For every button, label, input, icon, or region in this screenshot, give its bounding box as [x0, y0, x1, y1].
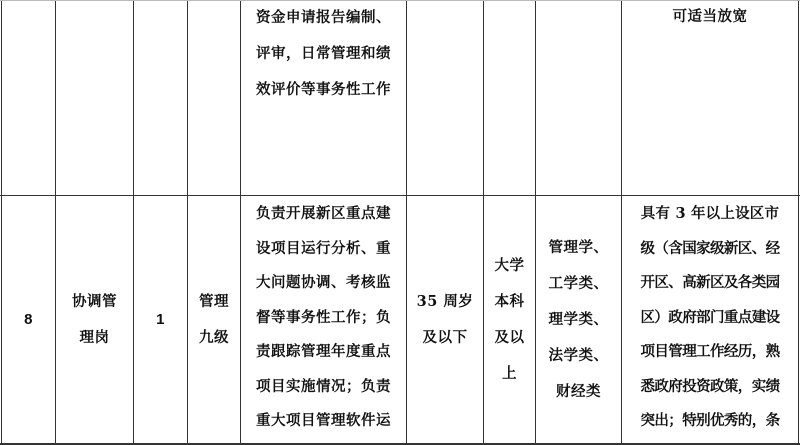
grade-line: 九级 [199, 320, 229, 356]
education-line: 本科 [495, 284, 525, 320]
major-line: 管理学、 [549, 230, 609, 266]
requirements-line: 区）政府部门重点建设 [641, 301, 780, 336]
major-line: 财经类 [556, 374, 601, 410]
table-row-2-grade: 管理 九级 [188, 196, 240, 443]
requirements-line: 具有 3 年以上设区市 [641, 197, 779, 232]
table-row-1-requirements: 可适当放宽 [622, 0, 798, 195]
education-line: 上 [502, 356, 517, 392]
table-row-2-requirements: 具有 3 年以上设区市 级（含国家级新区、经 开区、高新区及各类园 区）政府部门… [622, 196, 798, 443]
duties-line: 责跟踪管理年度重点 [256, 335, 391, 370]
major-line: 法学类、 [549, 338, 609, 374]
duties-line: 大问题协调、考核监 [256, 266, 391, 301]
duties-line: 评审，日常管理和绩 [256, 36, 391, 72]
table-row-2-position-name: 协调管 理岗 [56, 196, 133, 443]
requirements-line: 项目管理工作经历，熟 [641, 335, 780, 370]
requirements-line: 开区、高新区及各类园 [641, 266, 780, 301]
requirements-line: 突出；特别优秀的，条 [641, 404, 780, 439]
table-row-2-index: 8 [2, 196, 55, 443]
table-row-2-headcount: 1 [134, 196, 187, 443]
requirements-line: 级（含国家级新区、经 [641, 232, 780, 267]
major-line: 理学类、 [549, 302, 609, 338]
duties-line: 负责开展新区重点建 [256, 197, 391, 232]
requirements-line: 可适当放宽 [673, 0, 748, 34]
duties-line: 督等事务性工作；负 [256, 301, 391, 336]
position-name-line: 理岗 [80, 320, 110, 356]
table-row-2-duties: 负责开展新区重点建 设项目运行分析、重 大问题协调、考核监 督等事务性工作；负 … [241, 196, 406, 443]
duties-line: 设项目运行分析、重 [256, 232, 391, 267]
duties-line: 项目实施情况；负责 [256, 370, 391, 405]
age-line: 及以下 [423, 320, 468, 356]
table-row-2-education: 大学 本科 及以 上 [484, 196, 535, 443]
recruitment-table: 资金申请报告编制、 评审，日常管理和绩 效评价等事务性工作 可适当放宽 8 协调… [0, 0, 800, 445]
row-index: 8 [24, 303, 33, 337]
grade-line: 管理 [199, 284, 229, 320]
age-line: 35 周岁 [417, 284, 474, 320]
table-row-2-major: 管理学、 工学类、 理学类、 法学类、 财经类 [536, 196, 621, 443]
grid-line [798, 0, 799, 445]
table-row-2-age: 35 周岁 及以下 [407, 196, 483, 443]
duties-line: 重大项目管理软件运 [256, 404, 391, 439]
duties-line: 效评价等事务性工作 [256, 72, 391, 108]
headcount: 1 [156, 303, 165, 337]
position-name-line: 协调管 [72, 284, 117, 320]
duties-line: 资金申请报告编制、 [256, 0, 391, 36]
major-line: 工学类、 [549, 266, 609, 302]
table-row-1-duties: 资金申请报告编制、 评审，日常管理和绩 效评价等事务性工作 [241, 0, 406, 195]
requirements-line: 悉政府投资政策，实绩 [641, 370, 780, 405]
education-line: 大学 [495, 248, 525, 284]
education-line: 及以 [495, 320, 525, 356]
